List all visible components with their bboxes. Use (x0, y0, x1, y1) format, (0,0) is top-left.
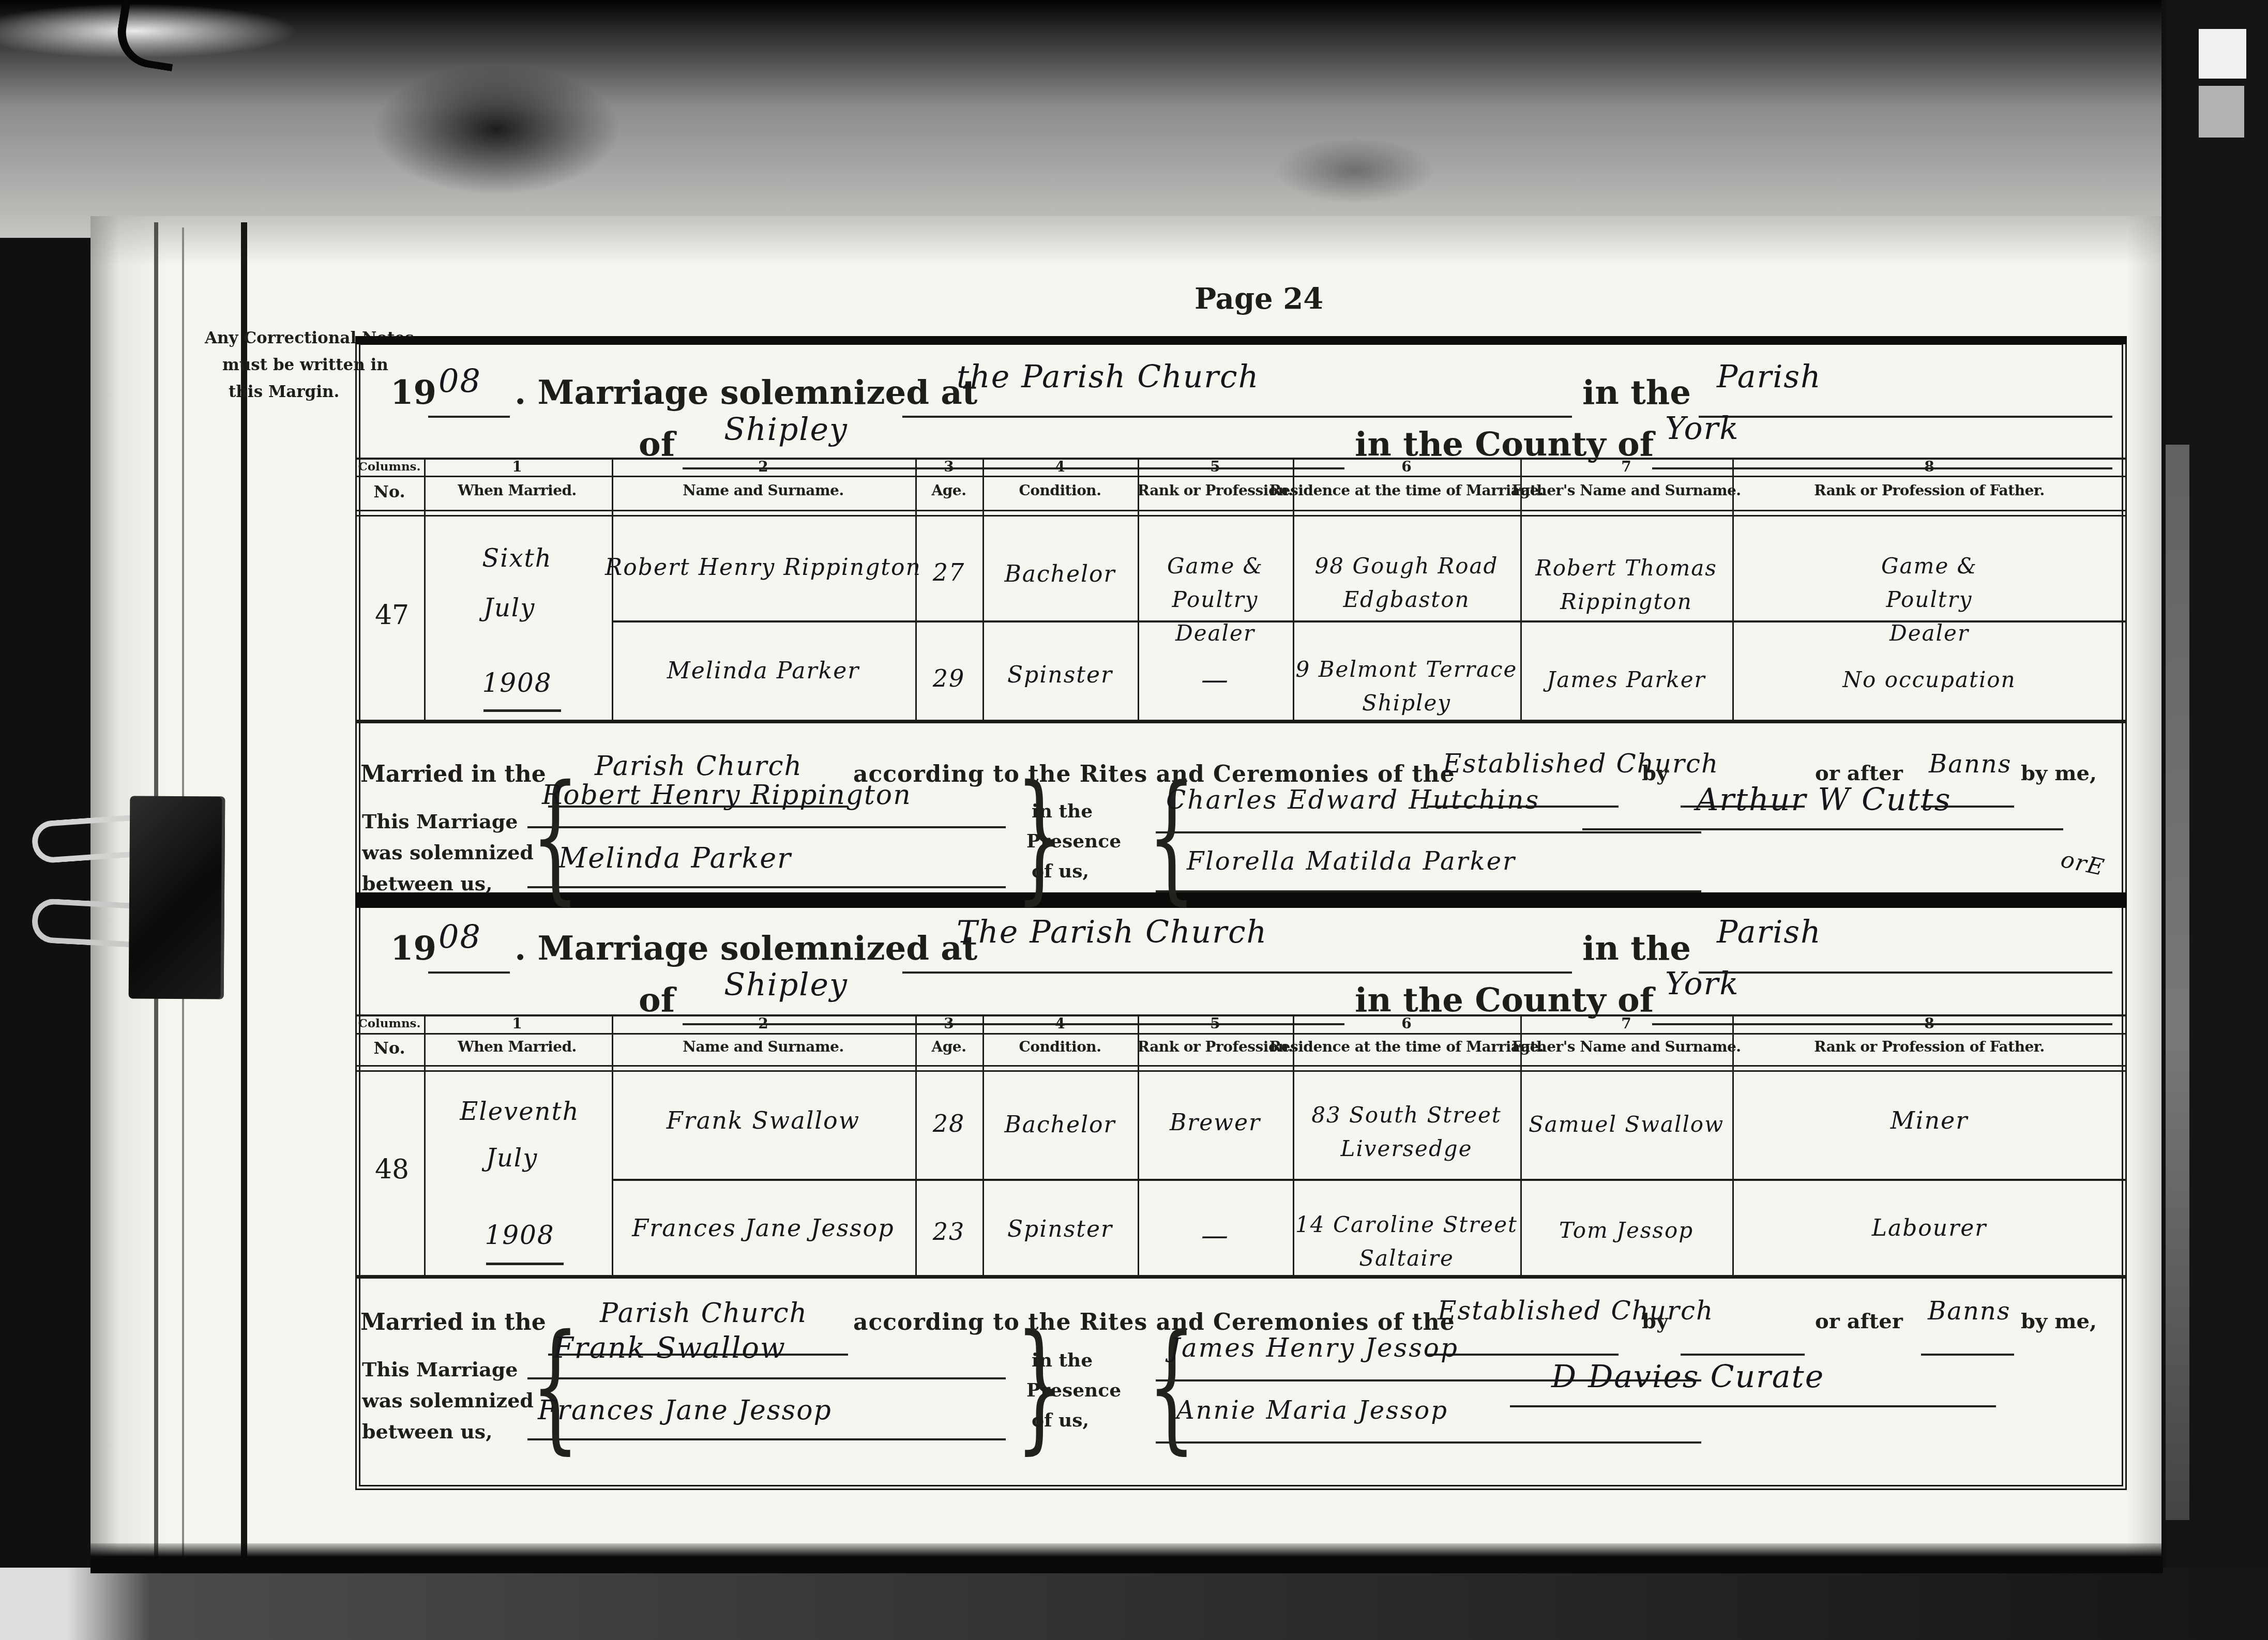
column-rule (982, 1014, 984, 1279)
groom-rank: Brewer (1170, 1110, 1261, 1136)
year-suffix-handwritten: 08 (439, 918, 481, 955)
this-marriage-label: was solemnized (362, 1389, 534, 1412)
bride-name: Melinda Parker (667, 658, 860, 684)
table-header-rule (355, 1033, 2127, 1035)
year-underline (486, 1241, 564, 1265)
groom-condition: Bachelor (1004, 561, 1115, 587)
this-marriage-label: This Marriage (362, 1358, 518, 1381)
column-rule (424, 1014, 426, 1279)
column-header: Father's Name and Surname. (1511, 1038, 1741, 1055)
no-column-header: No. (373, 1038, 405, 1058)
register-box-top-rule (355, 336, 2127, 344)
page-stack-line (241, 222, 247, 1569)
groom-condition: Bachelor (1004, 1112, 1115, 1138)
column-number: 1 (512, 458, 522, 475)
columns-label: Columns. (358, 1016, 420, 1030)
witness2-signature-line (1156, 850, 1701, 892)
bride-father-name: James Parker (1547, 667, 1705, 692)
of-label: of (639, 981, 675, 1020)
groom-signature-line (527, 786, 1006, 828)
table-bottom-rule (355, 1275, 2127, 1279)
bride-condition: Spinster (1007, 1216, 1113, 1242)
officiant-signature-line (1582, 788, 2063, 830)
married-in-label: Married in the (360, 1309, 546, 1335)
column-header: Father's Name and Surname. (1511, 482, 1741, 499)
when-married-day: Sixth (482, 544, 552, 573)
married-in-label: Married in the (360, 761, 546, 787)
column-header: When Married. (458, 1038, 577, 1055)
bride-residence: 9 Belmont Terrace Shipley (1293, 652, 1520, 720)
column-rule (982, 458, 984, 723)
groom-father-name: Robert Thomas Rippington (1525, 551, 1727, 618)
groom-name: Frank Swallow (667, 1106, 860, 1134)
when-married-month: July (483, 594, 536, 622)
margin-note-line: this Margin. (229, 383, 339, 401)
column-rule (424, 458, 426, 723)
column-number: 6 (1401, 1015, 1411, 1032)
record-divider-band (355, 892, 2127, 908)
bride-rank-dash: — (1201, 1220, 1229, 1251)
column-header: Residence at the time of Marriage. (1269, 482, 1544, 499)
banns-handwritten: Banns (1928, 1297, 2010, 1326)
scanned-register-photo: Page 24 Any Correctional Notes must be w… (0, 0, 2268, 1640)
column-rule (612, 1014, 613, 1279)
county-handwritten: York (1665, 411, 1740, 447)
column-number: 2 (758, 1015, 768, 1032)
column-rule (915, 1014, 917, 1279)
presence-label: of us, (1032, 1409, 1089, 1431)
parish-handwritten: Parish (1717, 359, 1822, 395)
groom-father-name: Samuel Swallow (1529, 1112, 1724, 1137)
column-header: Residence at the time of Marriage. (1269, 1038, 1544, 1055)
column-number: 8 (1924, 1015, 1934, 1032)
rites-handwritten: Established Church (1438, 1296, 1714, 1326)
presence-label: of us, (1032, 860, 1089, 882)
bride-age: 23 (933, 1218, 965, 1246)
column-number: 2 (758, 458, 768, 475)
no-column-header: No. (373, 482, 405, 502)
presence-label: Presence (1026, 1379, 1121, 1401)
married-in-handwritten: Parish Church (600, 1298, 808, 1329)
bride-father-rank: No occupation (1842, 667, 2016, 692)
parish-handwritten: Parish (1717, 914, 1822, 950)
table-header-rule (355, 1065, 2127, 1067)
church-handwritten: The Parish Church (957, 914, 1267, 950)
column-rule (612, 458, 613, 723)
column-number: 3 (944, 1015, 954, 1032)
columns-label: Columns. (358, 460, 420, 474)
entry-number: 48 (375, 1154, 409, 1185)
groom-signature-line (527, 1337, 1006, 1379)
right-inner-strip (2166, 445, 2189, 1520)
column-number: 1 (512, 1015, 522, 1032)
by-me-label: by me, (2021, 761, 2097, 785)
groom-father-rank: Game & Poultry Dealer (1844, 549, 2015, 650)
by-label: by (1642, 1309, 1668, 1333)
column-header: Name and Surname. (683, 1038, 843, 1055)
column-header: Rank or Profession of Father. (1814, 1038, 2045, 1055)
bride-signature-line (527, 1398, 1006, 1440)
page-number-heading: Page 24 (1195, 282, 1323, 316)
by-me-label: by me, (2021, 1309, 2097, 1333)
column-rule (915, 458, 917, 723)
row-separator-rule (612, 1179, 2127, 1181)
year-underline (483, 688, 561, 712)
officiant-signature-line (1510, 1365, 1996, 1407)
when-married-day: Eleventh (460, 1097, 579, 1126)
this-marriage-label: between us, (362, 1420, 492, 1443)
bride-name: Frances Jane Jessop (632, 1214, 895, 1242)
bride-residence: 14 Caroline Street Saltaire (1290, 1208, 1523, 1275)
county-handwritten: York (1665, 966, 1740, 1002)
binder-clip (129, 796, 225, 999)
bottom-shadow-band (0, 1568, 2268, 1640)
column-header: Age. (932, 482, 966, 499)
groom-residence: 98 Gough Road Edgbaston (1298, 549, 1515, 616)
column-number: 4 (1055, 458, 1065, 475)
hook-mark (113, 0, 184, 71)
by-label: by (1642, 761, 1668, 785)
binder-clip-handle (31, 898, 145, 948)
groom-residence: 83 South Street Liversedge (1293, 1098, 1520, 1165)
place-handwritten: Shipley (724, 967, 848, 1003)
column-number: 7 (1621, 458, 1631, 475)
place-handwritten: Shipley (724, 412, 848, 448)
banns-handwritten: Banns (1929, 750, 2012, 779)
entry-number: 47 (375, 600, 409, 631)
groom-age: 27 (933, 558, 965, 586)
column-header: Rank or Profession of Father. (1814, 482, 2045, 499)
year-suffix-handwritten: 08 (439, 362, 481, 400)
top-mottled-band (0, 0, 2268, 238)
table-header-rule (355, 515, 2127, 517)
in-the-label: in the (1582, 373, 1691, 412)
presence-label: Presence (1026, 830, 1121, 852)
right-top-gray-tab (2199, 86, 2244, 138)
rites-handwritten: Established Church (1443, 749, 1719, 779)
this-marriage-label: was solemnized (362, 841, 534, 864)
page-bottom-edge (90, 1543, 2163, 1573)
column-number: 5 (1210, 458, 1220, 475)
bride-father-name: Tom Jessop (1559, 1218, 1694, 1243)
binder-clip-handle (31, 814, 145, 864)
or-after-label: or after (1815, 1309, 1903, 1333)
this-marriage-label: between us, (362, 872, 492, 895)
column-header: When Married. (458, 482, 577, 499)
table-bottom-rule (355, 720, 2127, 723)
county-label: in the County of (1355, 981, 1654, 1020)
witness2-signature-line (1156, 1401, 1701, 1444)
column-number: 8 (1924, 458, 1934, 475)
married-in-handwritten: Parish Church (595, 751, 803, 782)
bride-rank-dash: — (1201, 664, 1229, 695)
table-top-rule (355, 1014, 2127, 1016)
table-top-rule (355, 458, 2127, 460)
bride-condition: Spinster (1007, 662, 1113, 688)
groom-age: 28 (933, 1110, 965, 1137)
column-number: 5 (1210, 1015, 1220, 1032)
bride-father-rank: Labourer (1872, 1215, 1987, 1241)
this-marriage-label: This Marriage (362, 810, 518, 833)
in-the-label: in the (1582, 929, 1691, 968)
bride-signature-line (527, 846, 1006, 888)
column-header: Name and Surname. (683, 482, 843, 499)
groom-rank: Game & Poultry Dealer (1138, 549, 1293, 650)
table-header-rule (355, 1070, 2127, 1072)
column-number: 7 (1621, 1015, 1631, 1032)
table-header-rule (355, 476, 2127, 477)
groom-father-rank: Miner (1891, 1106, 1969, 1134)
presence-label: in the (1032, 800, 1093, 822)
groom-name: Robert Henry Rippington (605, 554, 921, 581)
column-header: Condition. (1019, 1038, 1101, 1055)
column-header: Age. (932, 1038, 966, 1055)
table-header-rule (355, 510, 2127, 511)
column-number: 6 (1401, 458, 1411, 475)
right-top-white-tab (2199, 29, 2246, 79)
bride-age: 29 (933, 664, 965, 692)
column-number: 3 (944, 458, 954, 475)
when-married-month: July (486, 1144, 538, 1173)
column-number: 4 (1055, 1015, 1065, 1032)
presence-label: in the (1032, 1349, 1093, 1371)
column-header: Condition. (1019, 482, 1101, 499)
church-handwritten: the Parish Church (957, 359, 1259, 395)
